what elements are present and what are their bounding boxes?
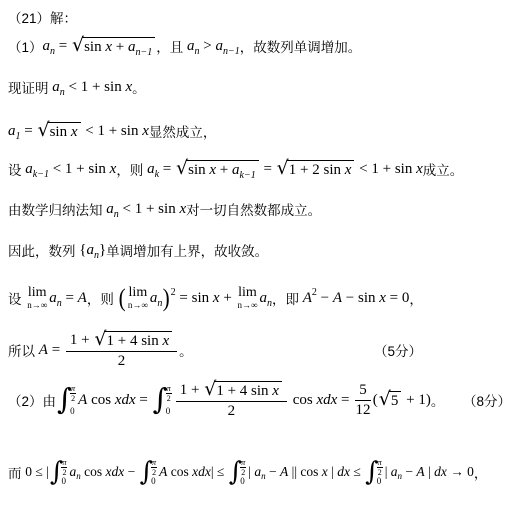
math-roman: 5 — [391, 393, 399, 410]
text-run: ， — [409, 288, 423, 308]
radical-sign: √ — [72, 36, 84, 55]
math-roman: 1 + 2 sin — [289, 162, 345, 179]
text-run: 对一切自然数都成立。 — [186, 199, 321, 219]
fraction: 512 — [355, 382, 371, 419]
radical-sign: √ — [37, 121, 49, 140]
text-run: 现证明 — [8, 77, 52, 97]
math-roman: cos — [87, 392, 115, 409]
math-roman: < 1 + sin — [355, 161, 416, 178]
sqrt-expression: √sin x + an−1 — [72, 37, 155, 56]
integral-lower-bound: 0 — [377, 477, 383, 486]
limit-word: lim — [28, 286, 47, 301]
step1-recurrence-line: （1）an = √sin x + an−1，且 an > an−1，故数列单调增… — [8, 30, 517, 62]
math-roman: 1 + 4 sin — [216, 383, 272, 400]
math-variable: a — [147, 161, 155, 178]
score-badge: （8分） — [463, 390, 511, 410]
math-roman: = — [55, 38, 71, 55]
math-variable: a — [232, 162, 240, 179]
squeeze-inequality-line: 而 0 ≤ |∫π20an cos xdx − ∫π20A cos xdx| ≤… — [8, 447, 517, 497]
math-variable: x — [209, 162, 216, 179]
text-run: 单调增加有上界，故收敛。 — [106, 240, 268, 260]
math-subscript: n — [57, 298, 62, 309]
fraction-denominator: 2 — [66, 352, 177, 370]
upper-bound-numerator: π — [240, 458, 246, 468]
math-roman: | — [328, 464, 337, 480]
math-variable: a — [43, 38, 51, 55]
limit-subscript: n→∞ — [27, 301, 47, 310]
math-variable: a — [187, 38, 195, 55]
math-variable: a — [150, 290, 158, 307]
math-variable: a — [8, 123, 16, 140]
math-roman: = — [337, 392, 353, 409]
math-subscript: n — [60, 87, 65, 98]
math-variable: a — [391, 464, 398, 480]
text-run: ， — [474, 462, 488, 482]
upper-bound-numerator: π — [377, 458, 383, 468]
math-subscript: n−1 — [136, 47, 153, 58]
integral-operator: ∫π20 — [50, 457, 68, 487]
math-variable: A — [416, 464, 424, 480]
math-roman: 1 + — [70, 332, 93, 349]
math-variable: A — [303, 290, 312, 307]
math-roman: < 1 + sin — [49, 161, 110, 178]
math-roman: 5 — [359, 382, 367, 399]
math-subscript: n — [398, 471, 403, 481]
math-roman: − — [317, 290, 333, 307]
math-roman: sin — [50, 124, 71, 141]
upper-bound-numerator: π — [151, 458, 157, 468]
math-roman: | — [425, 464, 434, 480]
fraction-numerator: 1 + √1 + 4 sin x — [176, 381, 287, 402]
text-run: 而 — [8, 462, 25, 482]
integral-bounds: π20 — [61, 457, 67, 487]
math-roman: < 1 + sin — [82, 123, 143, 140]
math-variable: a — [259, 290, 267, 307]
math-roman: + — [220, 290, 236, 307]
sqrt-body: sin x — [48, 122, 81, 141]
part2-integral-line: （2）由∫π20A cos xdx = ∫π201 + √1 + 4 sin x… — [8, 372, 517, 428]
math-roman: + — [216, 162, 232, 179]
math-superscript: 2 — [171, 287, 176, 298]
math-variable: x — [162, 333, 169, 350]
math-subscript: n — [114, 209, 119, 220]
radical-sign: √ — [277, 159, 289, 178]
math-variable: x — [125, 79, 132, 96]
sqrt-body: 1 + 4 sin x — [104, 331, 172, 350]
math-roman: 2 — [118, 353, 126, 370]
math-superscript: 2 — [312, 287, 317, 298]
math-roman: 0 ≤ | — [25, 464, 49, 480]
math-variable: x — [110, 161, 117, 178]
fraction-numerator: 1 + √1 + 4 sin x — [66, 331, 177, 352]
math-variable: xdx — [192, 464, 211, 480]
text-run: 。 — [132, 77, 146, 97]
math-roman: = — [48, 342, 64, 359]
math-variable: A — [39, 342, 48, 359]
convergence-line: 因此，数列 {an}单调增加有上界，故收敛。 — [8, 239, 517, 261]
integral-lower-bound: 0 — [61, 477, 67, 486]
math-paren: ( — [118, 286, 125, 311]
math-variable: a — [128, 39, 136, 56]
math-variable: a — [69, 464, 76, 480]
induction-step-line: 设 ak−1 < 1 + sin x，则 ak = √sin x + ak−1 … — [8, 153, 517, 185]
math-roman: → 0 — [447, 464, 474, 480]
math-variable: a — [25, 161, 33, 178]
math-variable: A — [159, 464, 167, 480]
fraction-denominator: 2 — [176, 402, 287, 420]
math-roman: | ≤ — [211, 464, 228, 480]
math-subscript: n — [267, 298, 272, 309]
math-roman: } — [99, 242, 106, 259]
math-subscript: k — [155, 169, 159, 180]
math-variable: x — [71, 124, 78, 141]
math-variable: a — [52, 79, 60, 96]
math-roman: 12 — [356, 402, 371, 419]
math-subscript: n — [157, 298, 162, 309]
math-variable: x — [142, 123, 149, 140]
limit-word: lim — [238, 286, 257, 301]
math-subscript: n — [94, 250, 99, 261]
integral-lower-bound: 0 — [240, 477, 246, 486]
sqrt-body: 1 + 2 sin x — [287, 160, 355, 179]
math-roman: ( — [373, 392, 378, 409]
integral-upper-bound: π2 — [240, 458, 246, 477]
text-run: ，则 — [87, 288, 118, 308]
problem-number-heading: （21）解： — [8, 7, 517, 27]
text-run: （21）解： — [8, 7, 77, 27]
math-variable: dx — [337, 464, 350, 480]
math-roman: − — [266, 464, 280, 480]
text-run: 。 — [179, 340, 193, 360]
math-variable: dx — [434, 464, 447, 480]
integral-upper-bound: π2 — [61, 458, 67, 477]
fraction: 1 + √1 + 4 sin x2 — [176, 381, 287, 420]
text-run: 因此，数列 — [8, 240, 79, 260]
math-roman: − — [124, 464, 138, 480]
math-subscript: k−1 — [240, 170, 256, 181]
sqrt-expression: √5 — [379, 391, 402, 410]
text-run: 。 — [431, 390, 445, 410]
radical-sign: √ — [379, 390, 391, 409]
integral-lower-bound: 0 — [151, 477, 157, 486]
math-subscript: n — [50, 46, 55, 57]
math-variable: x — [272, 383, 279, 400]
math-variable: A — [78, 392, 87, 409]
math-subscript: n — [195, 46, 200, 57]
math-roman: = — [21, 123, 37, 140]
radical-sign: √ — [94, 330, 106, 349]
text-run: ，且 — [156, 36, 187, 56]
radical-sign: √ — [204, 380, 216, 399]
sqrt-expression: √1 + 2 sin x — [277, 160, 355, 179]
math-roman: > — [200, 38, 216, 55]
math-roman: 1 + — [180, 382, 203, 399]
integral-lower-bound: 0 — [70, 407, 76, 416]
integral-upper-bound: π2 — [377, 458, 383, 477]
math-roman: + 1) — [402, 392, 430, 409]
integral-operator: ∫π20 — [229, 457, 247, 487]
fraction: 1 + √1 + 4 sin x2 — [66, 331, 177, 370]
math-variable: xdx — [316, 392, 337, 409]
math-roman: − sin — [342, 290, 379, 307]
upper-bound-numerator: π — [61, 458, 67, 468]
sqrt-body: sin x + ak−1 — [186, 160, 259, 179]
induction-conclusion-line: 由数学归纳法知 an < 1 + sin x对一切自然数都成立。 — [8, 198, 517, 220]
math-subscript: n−1 — [223, 46, 240, 57]
text-run: ，即 — [272, 288, 303, 308]
math-variable: x — [213, 290, 220, 307]
math-roman: < 1 + sin — [119, 201, 180, 218]
limit-operator: limn→∞ — [128, 286, 148, 310]
limit-operator: limn→∞ — [238, 286, 258, 310]
math-roman: = 0 — [386, 290, 409, 307]
math-roman: 1 + 4 sin — [106, 333, 162, 350]
limit-word: lim — [129, 286, 148, 301]
math-roman: ≤ — [350, 464, 364, 480]
integral-bounds: π20 — [151, 457, 157, 487]
integral-operator: ∫π20 — [57, 383, 76, 417]
limit-equation-line: 设 limn→∞an = A，则 (limn→∞an)2 = sin x + l… — [8, 279, 517, 317]
math-roman: < 1 + sin — [65, 79, 126, 96]
fraction-denominator: 12 — [355, 401, 371, 419]
sqrt-expression: √1 + 4 sin x — [204, 381, 282, 400]
sqrt-expression: √1 + 4 sin x — [94, 331, 172, 350]
text-run: 设 — [8, 288, 25, 308]
math-subscript: 1 — [16, 131, 21, 142]
math-variable: A — [333, 290, 342, 307]
math-variable: x — [179, 201, 186, 218]
claim-bound-line: 现证明 an < 1 + sin x。 — [8, 76, 517, 98]
math-roman: { — [79, 242, 86, 259]
sqrt-expression: √sin x + ak−1 — [176, 160, 259, 179]
math-subscript: n — [261, 471, 266, 481]
text-run: 设 — [8, 159, 25, 179]
upper-bound-denominator: 2 — [167, 394, 171, 403]
math-variable: a — [49, 290, 57, 307]
upper-bound-numerator: π — [70, 384, 76, 394]
math-roman: cos — [289, 392, 317, 409]
upper-bound-denominator: 2 — [71, 394, 75, 403]
integral-upper-bound: π2 — [166, 384, 172, 403]
math-roman: − — [402, 464, 416, 480]
integral-bounds: π20 — [377, 457, 383, 487]
text-run: （1） — [8, 36, 43, 56]
integral-bounds: π20 — [70, 383, 76, 417]
sqrt-body: sin x + an−1 — [82, 37, 155, 56]
radical-sign: √ — [176, 159, 188, 178]
text-run: ，则 — [116, 159, 147, 179]
text-run: 所以 — [8, 340, 39, 360]
math-roman: || cos — [288, 464, 322, 480]
integral-operator: ∫π20 — [365, 457, 383, 487]
math-solution-document: （21）解： （1）an = √sin x + an−1，且 an > an−1… — [0, 0, 521, 505]
math-roman: + — [112, 39, 128, 56]
limit-operator: limn→∞ — [27, 286, 47, 310]
sqrt-body: 1 + 4 sin x — [214, 381, 282, 400]
text-run: 由数学归纳法知 — [8, 199, 106, 219]
math-roman: sin — [188, 162, 209, 179]
integral-operator: ∫π20 — [153, 383, 172, 417]
integral-upper-bound: π2 — [151, 458, 157, 477]
math-variable: a — [254, 464, 261, 480]
math-paren: ) — [163, 286, 170, 311]
limit-subscript: n→∞ — [238, 301, 258, 310]
text-run: （2）由 — [8, 390, 56, 410]
integral-upper-bound: π2 — [70, 384, 76, 403]
integral-operator: ∫π20 — [140, 457, 158, 487]
score-badge: （5分） — [374, 340, 422, 360]
math-variable: a — [106, 201, 114, 218]
text-run: 显然成立， — [149, 121, 217, 141]
math-variable: x — [416, 161, 423, 178]
upper-bound-numerator: π — [166, 384, 172, 394]
base-case-line: a1 = √sin x < 1 + sin x显然成立， — [8, 117, 517, 145]
math-variable: A — [280, 464, 288, 480]
math-roman: cos — [81, 464, 106, 480]
text-run: 成立。 — [423, 159, 464, 179]
math-variable: A — [78, 290, 87, 307]
math-variable: xdx — [105, 464, 124, 480]
math-roman: = sin — [176, 290, 213, 307]
math-roman: = — [159, 161, 175, 178]
integral-bounds: π20 — [240, 457, 246, 487]
limit-subscript: n→∞ — [128, 301, 148, 310]
math-roman: 2 — [228, 403, 236, 420]
math-variable: x — [379, 290, 386, 307]
math-roman: = — [136, 392, 152, 409]
math-roman: cos — [167, 464, 192, 480]
text-run: ，故数列单调增加。 — [240, 36, 362, 56]
integral-lower-bound: 0 — [166, 407, 172, 416]
limit-value-line: 所以 A = 1 + √1 + 4 sin x2。（5分） — [8, 326, 517, 374]
math-variable: x — [345, 162, 352, 179]
math-roman: sin — [84, 39, 105, 56]
math-variable: a — [215, 38, 223, 55]
math-subscript: n — [76, 471, 81, 481]
fraction-numerator: 5 — [355, 382, 371, 401]
math-roman: = — [260, 161, 276, 178]
math-roman: = — [62, 290, 78, 307]
integral-bounds: π20 — [166, 383, 172, 417]
math-subscript: k−1 — [33, 169, 49, 180]
math-variable: xdx — [115, 392, 136, 409]
math-variable: x — [105, 39, 112, 56]
sqrt-expression: √sin x — [37, 122, 80, 141]
math-variable: a — [86, 242, 94, 259]
